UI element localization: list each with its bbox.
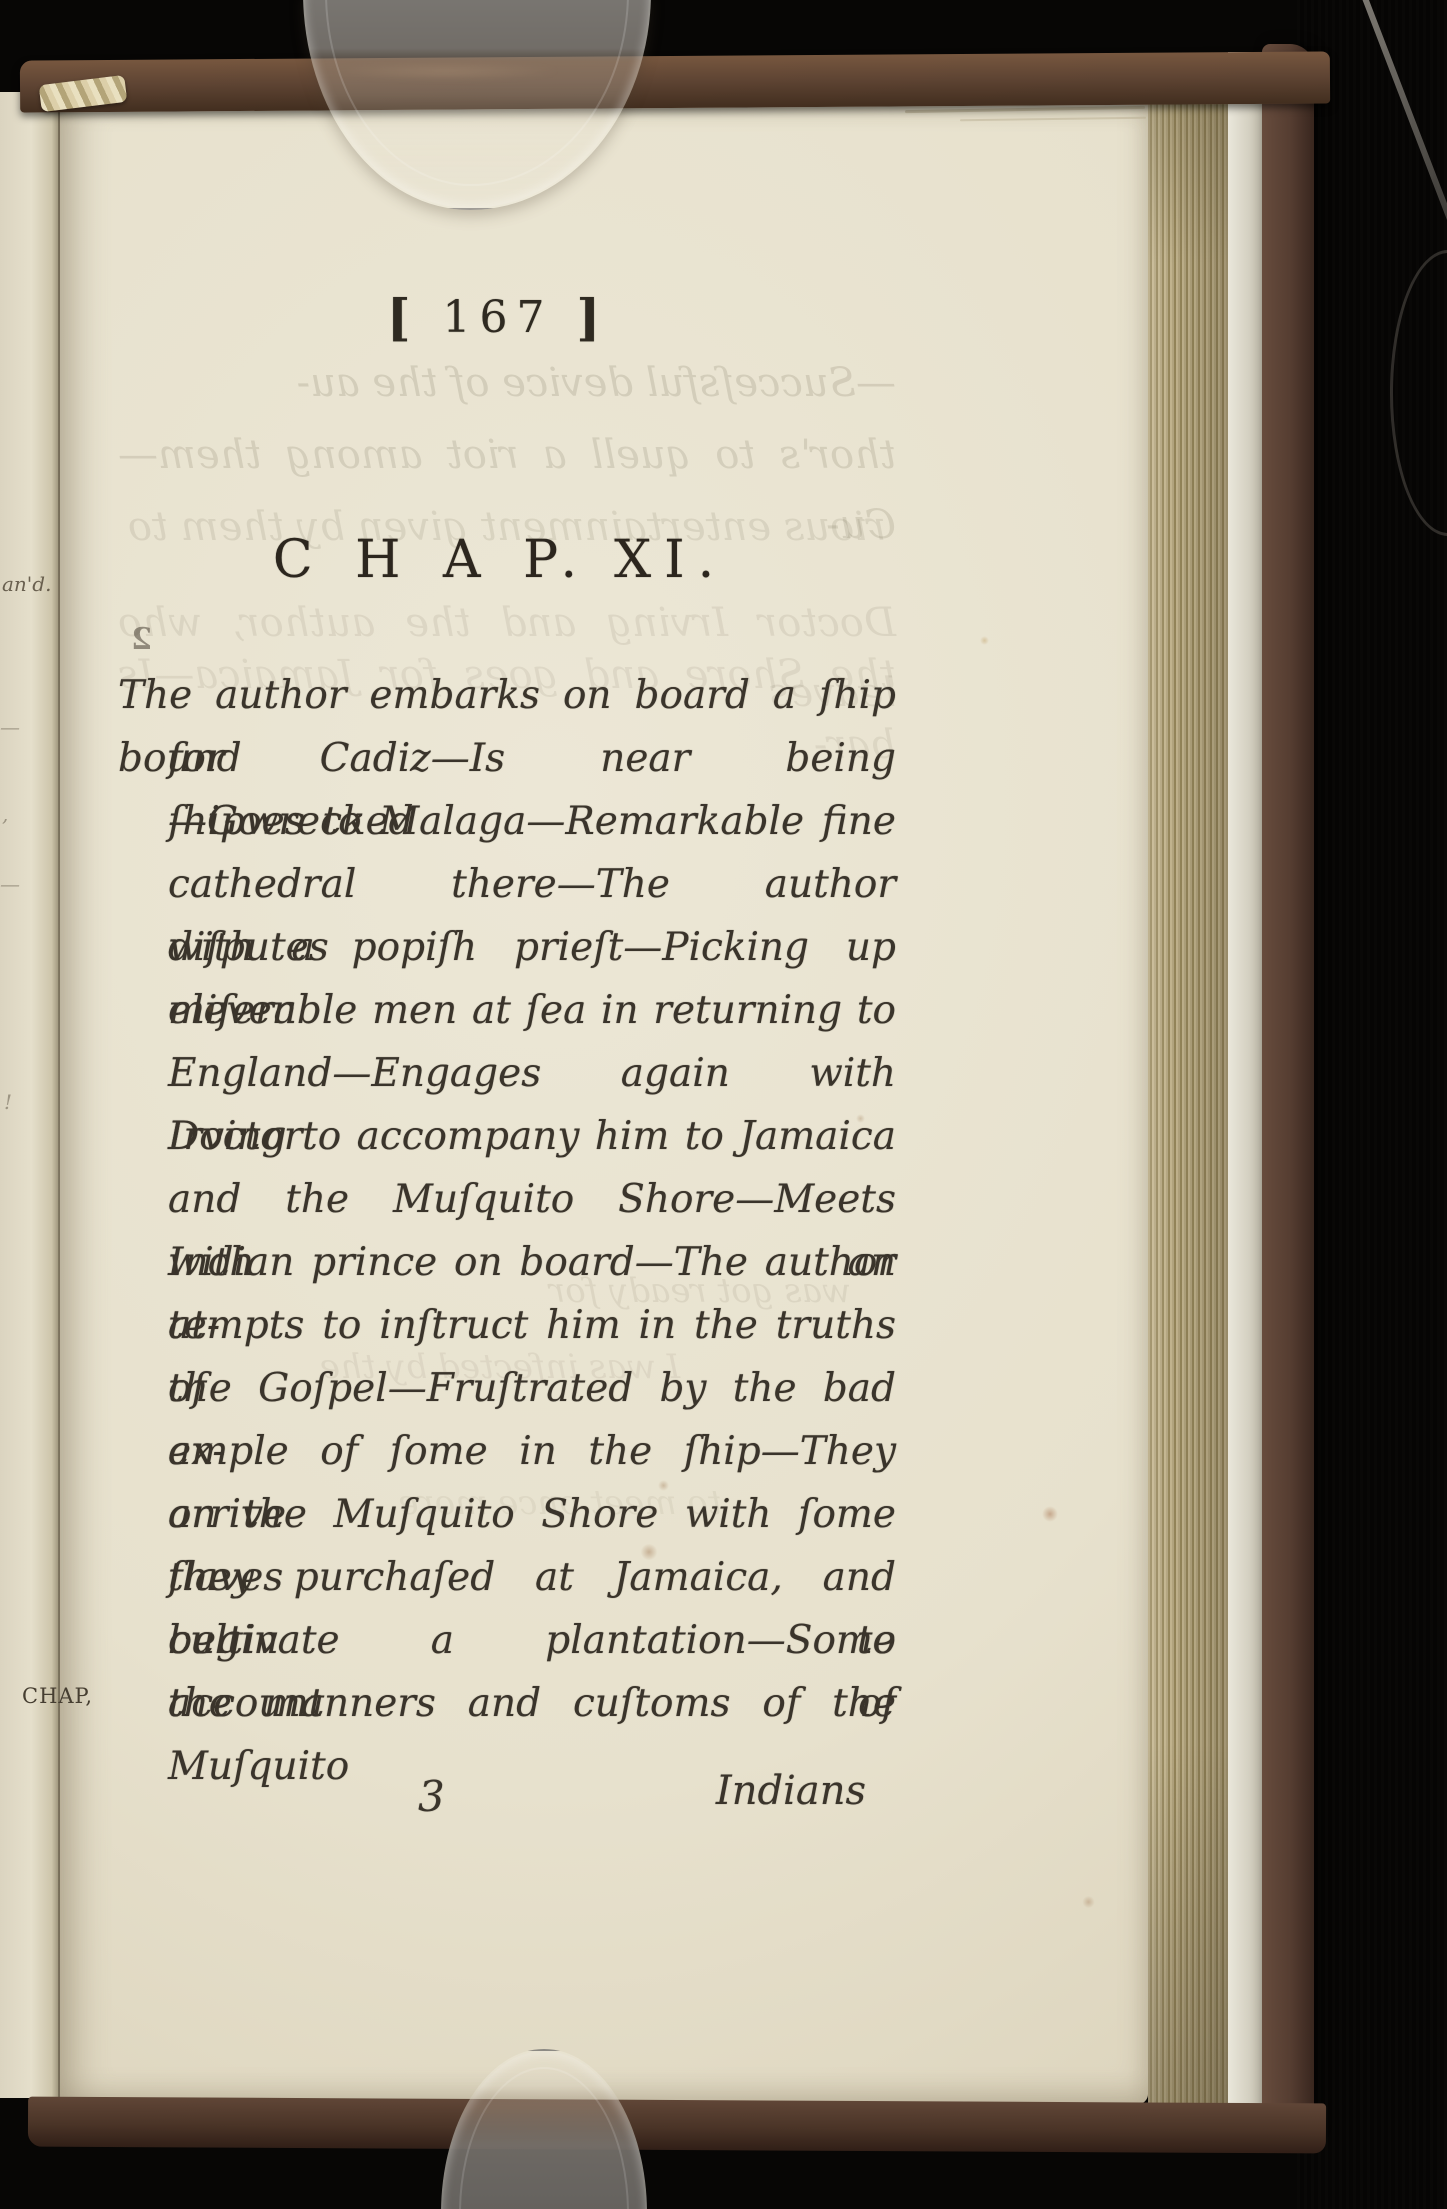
foxing-spot [1082, 1896, 1095, 1908]
page-number: [ 167 ] [298, 288, 698, 347]
folio-right-bracket: ] [576, 288, 609, 347]
folio-number: 167 [443, 292, 554, 343]
adjacent-page-fragment: ! [4, 1090, 12, 1114]
show-through-signature: 2 [112, 622, 152, 657]
summary-line: The author embarks on board a ſhip bound [118, 664, 896, 727]
summary-line: they purchaſed at Jamaica, and begin to [118, 1546, 896, 1609]
leather-cover-bottom [28, 2097, 1326, 2154]
chapter-summary: The author embarks on board a ſhip bound… [118, 664, 896, 1735]
book-photograph: —Succeſsful device of the au- thor's to … [0, 0, 1447, 2209]
chapter-number: XI. [614, 530, 727, 590]
foxing-spot [1042, 1506, 1058, 1522]
foxing-spot [980, 636, 989, 645]
summary-line: England—Engages again with Doctor [118, 1042, 896, 1105]
adjacent-page-fragment: — [0, 715, 20, 739]
leather-cover-right [1262, 44, 1314, 2140]
summary-line: with a popiſh prieſt—Picking up eleven [118, 916, 896, 979]
folio-left-bracket: [ [387, 288, 420, 347]
summary-line: tempts to inſtruct him in the truths of [118, 1294, 896, 1357]
summary-line: miſerable men at ſea in returning to [118, 979, 896, 1042]
summary-line: on the Muſquito Shore with ſome ſlaves [118, 1483, 896, 1546]
foxing-spot [658, 1480, 669, 1491]
endpaper-strip [1228, 52, 1264, 2130]
chapter-heading: C H A P.XI. [260, 530, 740, 590]
foxing-spot [856, 1114, 865, 1123]
summary-line: —Goes to Malaga—Remarkable fine [118, 790, 896, 853]
signature-mark: 3 [418, 1772, 445, 1821]
summary-line: ample of ſome in the ſhip—They arrive [118, 1420, 896, 1483]
signature-and-catchword-line: 3 Indians [118, 1768, 896, 1830]
chapter-heading-word: C H A P. [273, 530, 590, 590]
adjacent-page-fragment: — [0, 872, 20, 896]
summary-line: cathedral there—The author diſputes [118, 853, 896, 916]
summary-line: the Goſpel—Fruſtrated by the bad ex- [118, 1357, 896, 1420]
show-through-line: —Succeſsful device of the au- [118, 348, 896, 418]
summary-line: Irving to accompany him to Jamaica [118, 1105, 896, 1168]
leather-cover-top [20, 51, 1330, 112]
adjacent-page-fragment: , [2, 802, 8, 826]
summary-line: Indian prince on board—The author at- [118, 1231, 896, 1294]
adjacent-page-fragment: an'd. [2, 572, 51, 596]
summary-line: the manners and cuſtoms of the Muſquito [118, 1672, 896, 1735]
foxing-spot [640, 1544, 658, 1560]
catchword: Indians [716, 1768, 866, 1814]
summary-line: for Cadiz—Is near being ſhipwrecked [118, 727, 896, 790]
foxing-spot [206, 1004, 215, 1013]
fore-edge-shading [1148, 58, 1228, 2114]
summary-line: and the Muſquito Shore—Meets with an [118, 1168, 896, 1231]
summary-line: cultivate a plantation—Some account of [118, 1609, 896, 1672]
adjacent-page-catchword: CHAP, [22, 1684, 93, 1708]
